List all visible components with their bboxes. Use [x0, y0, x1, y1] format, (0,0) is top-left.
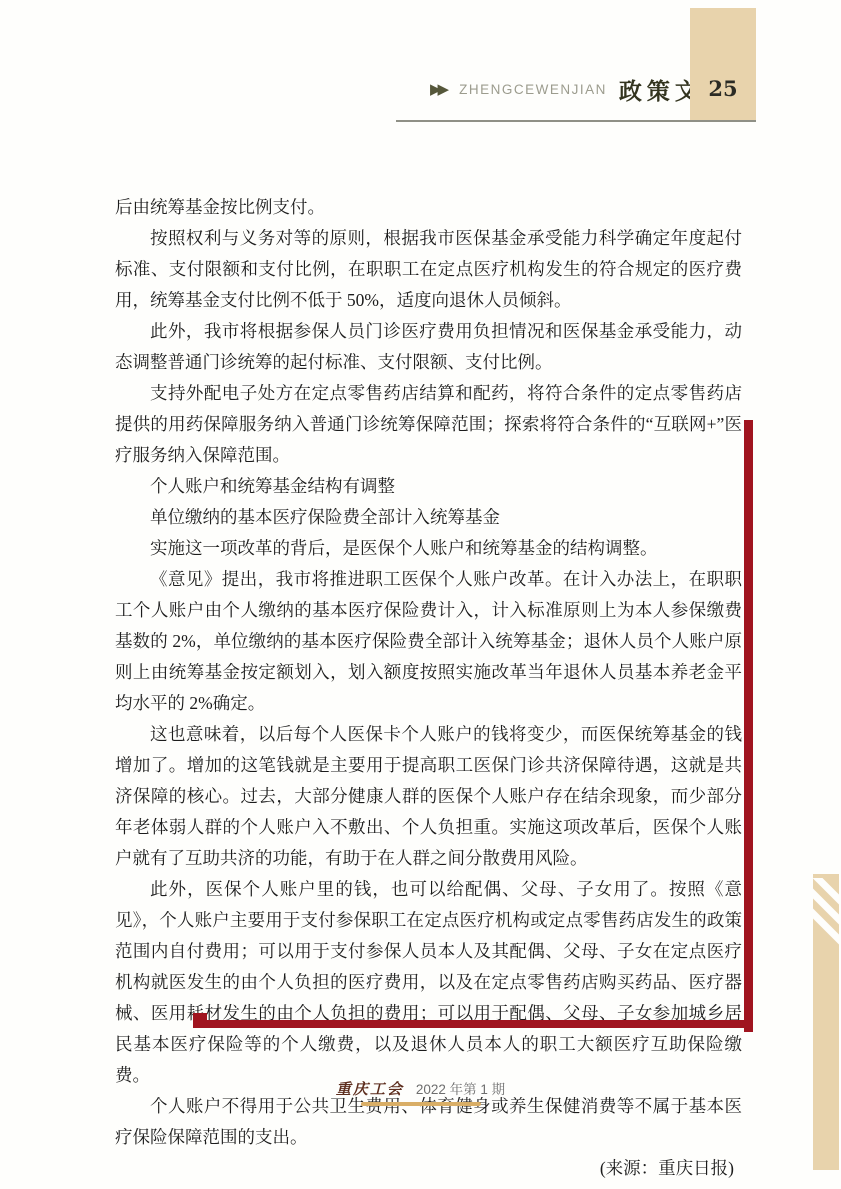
issue-label: 2022 年第 1 期 — [416, 1082, 505, 1097]
header-divider — [396, 120, 756, 122]
paragraph: 实施这一项改革的背后，是医保个人账户和统筹基金的结构调整。 — [115, 533, 742, 564]
paragraph: 按照权利与义务对等的原则，根据我市医保基金承受能力科学确定年度起付标准、支付限额… — [115, 223, 742, 316]
source-attribution: (来源：重庆日报) — [115, 1153, 742, 1184]
right-margin-decoration — [813, 874, 839, 1170]
section-pinyin: ZHENGCEWENJIAN — [459, 82, 607, 97]
paragraph: 后由统筹基金按比例支付。 — [115, 192, 742, 223]
red-frame-vertical-bar — [744, 420, 753, 1032]
red-frame-horizontal-bar — [193, 1020, 753, 1028]
article-body: 后由统筹基金按比例支付。 按照权利与义务对等的原则，根据我市医保基金承受能力科学… — [115, 192, 742, 1184]
page-number: 25 — [690, 76, 756, 101]
journal-name: 重庆工会 — [336, 1080, 404, 1098]
page-footer: 重庆工会 2022 年第 1 期 — [0, 1078, 841, 1106]
paragraph: 这也意味着，以后每个人医保卡个人账户的钱将变少，而医保统筹基金的钱增加了。增加的… — [115, 719, 742, 874]
paragraph: 支持外配电子处方在定点零售药店结算和配药，将符合条件的定点零售药店提供的用药保障… — [115, 378, 742, 471]
footer-underline — [361, 1102, 481, 1106]
double-right-arrow-icon: ▶▶ — [430, 82, 445, 97]
subheading: 单位缴纳的基本医疗保险费全部计入统筹基金 — [115, 502, 742, 533]
diagonal-stripes-icon — [813, 878, 839, 964]
magazine-page: ▶▶ ZHENGCEWENJIAN 政策文件 25 后由统筹基金按比例支付。 按… — [0, 0, 841, 1189]
subheading: 个人账户和统筹基金结构有调整 — [115, 471, 742, 502]
paragraph: 此外，医保个人账户里的钱，也可以给配偶、父母、子女用了。按照《意见》，个人账户主… — [115, 874, 742, 1091]
page-number-box: 25 — [690, 8, 756, 121]
paragraph: 《意见》提出，我市将推进职工医保个人账户改革。在计入办法上，在职职工个人账户由个… — [115, 564, 742, 719]
red-frame-left-cap — [193, 1013, 207, 1021]
page-header: ▶▶ ZHENGCEWENJIAN 政策文件 — [430, 74, 731, 104]
paragraph: 此外，我市将根据参保人员门诊医疗费用负担情况和医保基金承受能力，动态调整普通门诊… — [115, 316, 742, 378]
